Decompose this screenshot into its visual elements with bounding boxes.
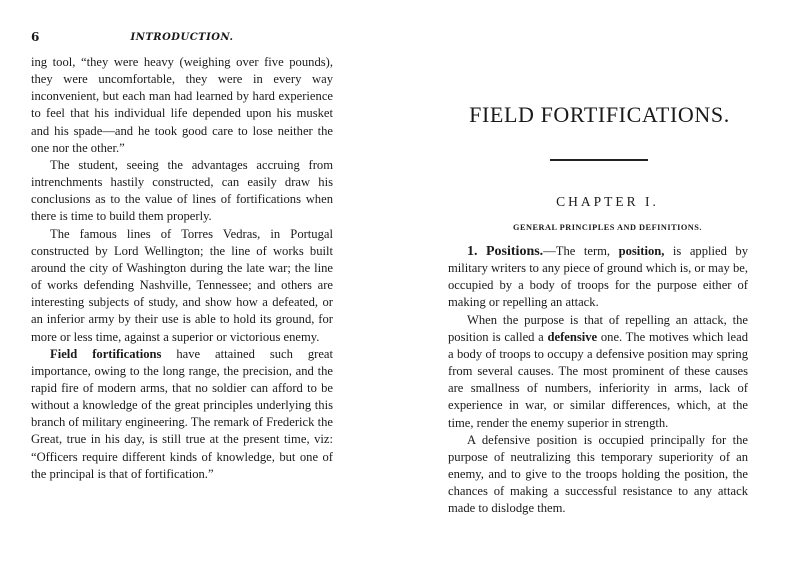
- section-paragraph: 1. Positions.—The term, position, is app…: [448, 243, 748, 312]
- left-page-body: ing tool, “they were heavy (weighing ove…: [31, 54, 333, 483]
- dash: —: [543, 244, 556, 258]
- bold-term: defensive: [547, 330, 597, 344]
- right-page-body: 1. Positions.—The term, position, is app…: [448, 243, 748, 518]
- chapter-subtitle: GENERAL PRINCIPLES AND DEFINITIONS.: [405, 223, 810, 232]
- paragraph-text: The term,: [556, 244, 619, 258]
- section-title: Positions.: [486, 244, 543, 259]
- running-title: INTRODUCTION.: [31, 32, 333, 43]
- paragraph: ing tool, “they were heavy (weighing ove…: [31, 54, 333, 157]
- bold-term: Field fortifications: [50, 347, 161, 361]
- section-number: 1.: [467, 244, 478, 259]
- paragraph: A defensive position is occupied princip…: [448, 432, 748, 518]
- paragraph: When the purpose is that of repelling an…: [448, 312, 748, 432]
- paragraph: The student, seeing the advantages accru…: [31, 157, 333, 226]
- right-page: FIELD FORTIFICATIONS. CHAPTER I. GENERAL…: [405, 0, 810, 584]
- paragraph: Field fortifications have attained such …: [31, 346, 333, 483]
- book-title: FIELD FORTIFICATIONS.: [457, 102, 742, 128]
- title-rule: [550, 159, 648, 161]
- left-page: 6 INTRODUCTION. ing tool, “they were hea…: [0, 0, 405, 584]
- chapter-heading: CHAPTER I.: [405, 194, 810, 210]
- bold-term: position,: [619, 244, 665, 258]
- paragraph-text: one. The motives which lead a body of tr…: [448, 330, 748, 430]
- paragraph-text: have attained such great importance, owi…: [31, 347, 333, 481]
- paragraph: The famous lines of Torres Vedras, in Po…: [31, 226, 333, 346]
- running-head: 6 INTRODUCTION.: [31, 30, 333, 46]
